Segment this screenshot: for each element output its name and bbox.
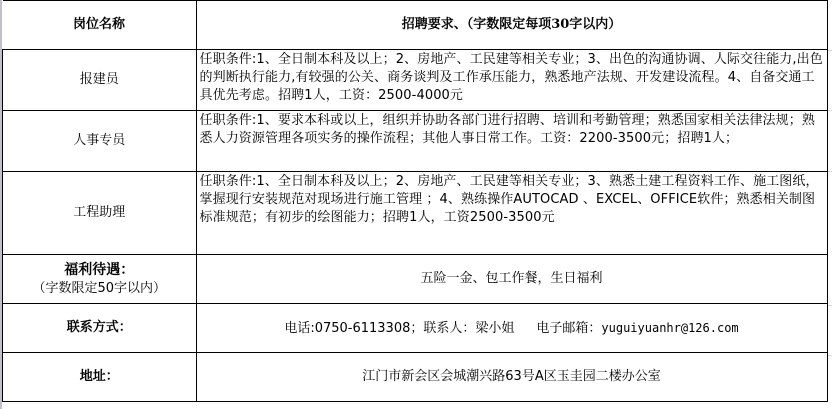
position-requirements: 任职条件:1、全日制本科及以上；2、房地产、工民建等相关专业；3、出色的沟通协调…: [196, 50, 827, 111]
table-row: 人事专员 任职条件:1、要求本科或以上，组织并协助各部门进行招聘、培训和考勤管理…: [3, 111, 828, 172]
position-requirements: 任职条件:1、全日制本科及以上；2、房地产、工民建等相关专业；3、熟悉土建工程资…: [196, 172, 827, 255]
position-name: 人事专员: [3, 111, 197, 172]
contact-phone: 电话:0750-6113308；联系人：梁小姐: [284, 321, 514, 336]
gridline-tick: [828, 171, 832, 172]
position-requirements: 任职条件:1、要求本科或以上，组织并协助各部门进行招聘、培训和考勤管理；熟悉国家…: [196, 111, 827, 172]
table-row: 工程助理 任职条件:1、全日制本科及以上；2、房地产、工民建等相关专业；3、熟悉…: [3, 172, 828, 255]
table-row: 报建员 任职条件:1、全日制本科及以上；2、房地产、工民建等相关专业；3、出色的…: [3, 50, 828, 111]
position-name: 报建员: [3, 50, 197, 111]
position-name: 工程助理: [3, 172, 197, 255]
benefits-label: 福利待遇：: [64, 262, 134, 278]
gridline-tick: [828, 110, 832, 111]
contact-email: yuguiyuanhr@126.com: [601, 321, 738, 335]
email-label: 电子邮箱：: [536, 321, 601, 336]
gridline-tick: [828, 305, 832, 306]
contact-row: 联系方式： 电话:0750-6113308；联系人：梁小姐电子邮箱：yuguiy…: [3, 304, 828, 353]
gridline-tick: [828, 50, 832, 51]
table-header-row: 岗位名称 招聘要求、（字数限定每项30字以内）: [3, 1, 828, 50]
benefits-note: （字数限定50字以内）: [32, 281, 166, 296]
header-position-name: 岗位名称: [3, 1, 197, 50]
benefits-label-cell: 福利待遇：（字数限定50字以内）: [3, 255, 197, 304]
header-requirements: 招聘要求、（字数限定每项30字以内）: [196, 1, 827, 50]
recruitment-table: 岗位名称 招聘要求、（字数限定每项30字以内） 报建员 任职条件:1、全日制本科…: [2, 0, 828, 402]
address-row: 地址： 江门市新会区会城潮兴路63号A区玉圭园二楼办公室: [3, 353, 828, 402]
benefits-row: 福利待遇：（字数限定50字以内） 五险一金、包工作餐，生日福利: [3, 255, 828, 304]
contact-label: 联系方式：: [3, 304, 197, 353]
address-label: 地址：: [3, 353, 197, 402]
benefits-value: 五险一金、包工作餐，生日福利: [196, 255, 827, 304]
contact-value-cell: 电话:0750-6113308；联系人：梁小姐电子邮箱：yuguiyuanhr@…: [196, 304, 827, 353]
address-value: 江门市新会区会城潮兴路63号A区玉圭园二楼办公室: [196, 353, 827, 402]
gridline-tick: [828, 355, 832, 356]
